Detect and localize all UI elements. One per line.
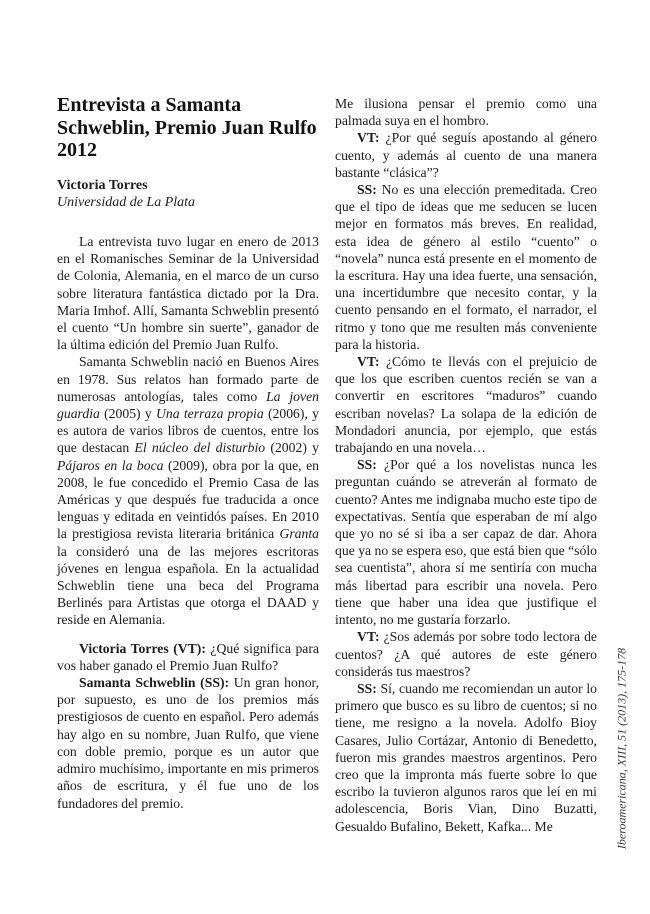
article-title-line-1: Entrevista a Samanta: [57, 94, 325, 117]
author-affiliation: Universidad de La Plata: [57, 194, 195, 211]
question-paragraph-1: Victoria Torres (VT): ¿Qué significa par…: [57, 640, 319, 674]
intro-paragraph: La entrevista tuvo lugar en enero de 201…: [57, 233, 319, 353]
article-title-line-2: Schweblin, Premio Juan Rulfo: [57, 117, 325, 140]
article-title: Entrevista a Samanta Schweblin, Premio J…: [57, 94, 325, 162]
answer-paragraph-2: SS: No es una elección premeditada. Creo…: [335, 181, 597, 353]
answer-paragraph-3: SS: ¿Por qué a los novelistas nunca les …: [335, 456, 597, 628]
continuation-paragraph: Me ilusiona pensar el premio como una pa…: [335, 95, 597, 129]
question-paragraph-2: VT: ¿Por qué seguís apostando al género …: [335, 129, 597, 181]
bio-paragraph: Samanta Schweblin nació en Buenos Aires …: [57, 353, 319, 628]
answer-paragraph-4: SS: Sí, cuando me recomiendan un autor l…: [335, 680, 597, 835]
article-page: Entrevista a Samanta Schweblin, Premio J…: [0, 0, 650, 914]
article-title-line-3: 2012: [57, 139, 325, 162]
question-paragraph-3: VT: ¿Cómo te llevás con el prejuicio de …: [335, 353, 597, 456]
question-paragraph-4: VT: ¿Sos además por sobre todo lectora d…: [335, 628, 597, 680]
answer-paragraph-1: Samanta Schweblin (SS): Un gran honor, p…: [57, 674, 319, 812]
author-name: Victoria Torres: [57, 177, 148, 194]
journal-citation: Iberoamericana, XIII, 51 (2013), 175-178: [615, 621, 630, 877]
left-column: La entrevista tuvo lugar en enero de 201…: [57, 233, 319, 812]
right-column: Me ilusiona pensar el premio como una pa…: [335, 95, 597, 835]
